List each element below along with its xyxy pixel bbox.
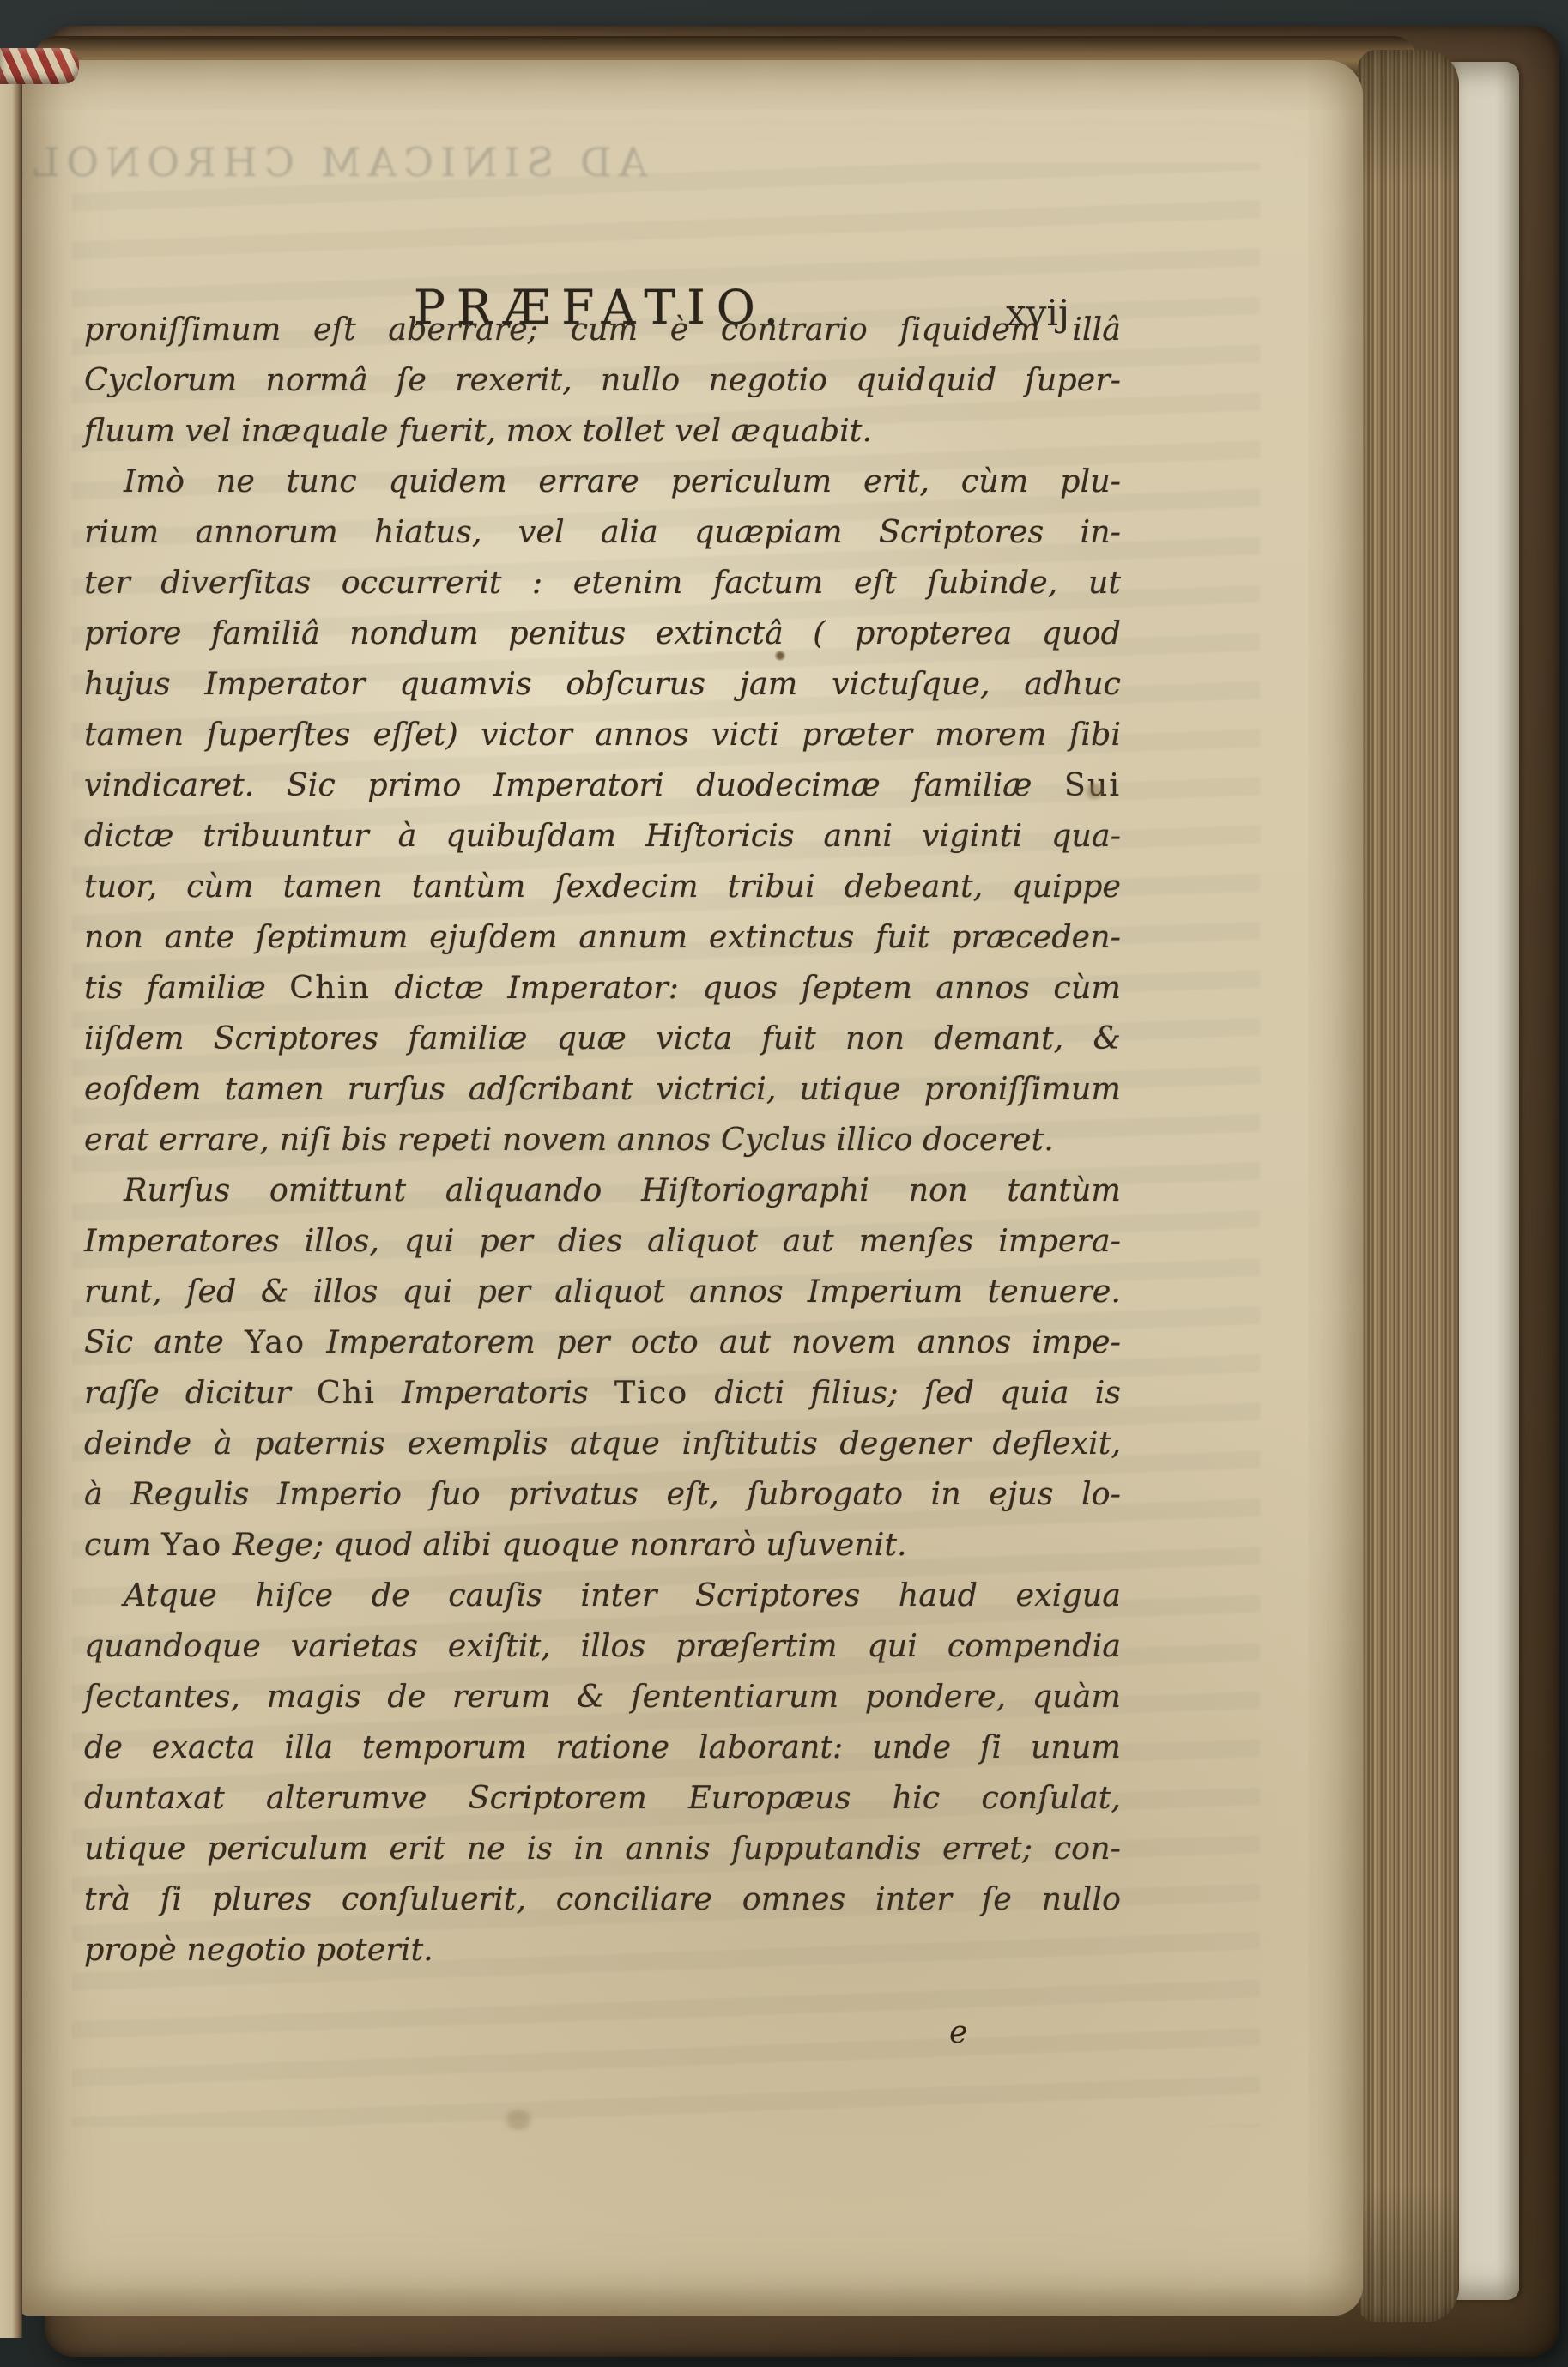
text-line: deinde à paternis exemplis atque inſtitu… — [84, 1418, 1121, 1468]
text-block: proniſſimum eſt aberrare; cum è contrari… — [84, 304, 1121, 1975]
text-line: hujus Imperator quamvis obſcurus jam vic… — [84, 658, 1121, 709]
text-line: ter diverſitas occurrerit : etenim factu… — [84, 557, 1121, 608]
text-line: Rurſus omittunt aliquando Hiſtoriographi… — [84, 1165, 1121, 1215]
text-line: Sic ante Yao Imperatorem per octo aut no… — [84, 1317, 1121, 1367]
facing-page-sliver — [0, 76, 22, 2338]
page-edges — [1358, 50, 1459, 2322]
text-line: priore familiâ nondum penitus extinctâ (… — [84, 608, 1121, 658]
text-line: Cyclorum normâ ſe rexerit, nullo negotio… — [84, 354, 1121, 405]
text-line: vindicaret. Sic primo Imperatori duodeci… — [84, 760, 1121, 810]
text-line: dictæ tribuuntur à quibuſdam Hiſtoricis … — [84, 810, 1121, 861]
text-line: cum Yao Rege; quod alibi quoque nonrarò … — [84, 1519, 1121, 1570]
text-line: à Regulis Imperio ſuo privatus eſt, ſubr… — [84, 1468, 1121, 1519]
text-line: non ante ſeptimum ejuſdem annum extinctu… — [84, 911, 1121, 962]
text-line: propè negotio poterit. — [84, 1924, 1121, 1975]
text-line: runt, ſed & illos qui per aliquot annos … — [84, 1266, 1121, 1317]
text-line: tuor, cùm tamen tantùm ſexdecim tribui d… — [84, 861, 1121, 911]
text-line: raſſe dicitur Chi Imperatoris Tico dicti… — [84, 1367, 1121, 1418]
text-line: rium annorum hiatus, vel alia quæpiam Sc… — [84, 506, 1121, 557]
foxing-spot — [501, 2110, 536, 2130]
text-line: Imò ne tunc quidem errare periculum erit… — [84, 456, 1121, 506]
text-line: iiſdem Scriptores familiæ quæ victa fuit… — [84, 1013, 1121, 1063]
text-line: duntaxat alterumve Scriptorem Europæus h… — [84, 1772, 1121, 1823]
text-line: Atque hiſce de cauſis inter Scriptores h… — [84, 1570, 1121, 1620]
text-line: proniſſimum eſt aberrare; cum è contrari… — [84, 304, 1121, 354]
text-line: de exacta illa temporum ratione laborant… — [84, 1722, 1121, 1772]
text-line: eoſdem tamen rurſus adſcribant victrici,… — [84, 1063, 1121, 1114]
text-line: erat errare, niſi bis repeti novem annos… — [84, 1114, 1121, 1165]
text-line: tamen ſuperſtes eſſet) victor annos vict… — [84, 709, 1121, 760]
signature-mark: e — [949, 2015, 967, 2050]
showthrough-header: AD SINICAM CHRONOL. — [98, 139, 647, 185]
book-page: AD SINICAM CHRONOL. PRÆFATIO. xvij proni… — [21, 60, 1363, 2316]
text-line: fluum vel inæquale fuerit, mox tollet ve… — [84, 405, 1121, 456]
text-line: quandoque varietas exiſtit, illos præſer… — [84, 1620, 1121, 1671]
text-line: Imperatores illos, qui per dies aliquot … — [84, 1215, 1121, 1266]
headband — [0, 48, 79, 84]
book-photograph: AD SINICAM CHRONOL. PRÆFATIO. xvij proni… — [0, 0, 1568, 2367]
text-line: ſectantes, magis de rerum & ſententiarum… — [84, 1671, 1121, 1722]
text-line: trà ſi plures conſuluerit, conciliare om… — [84, 1874, 1121, 1924]
text-line: utique periculum erit ne is in annis ſup… — [84, 1823, 1121, 1874]
text-line: tis familiæ Chin dictæ Imperator: quos ſ… — [84, 962, 1121, 1013]
